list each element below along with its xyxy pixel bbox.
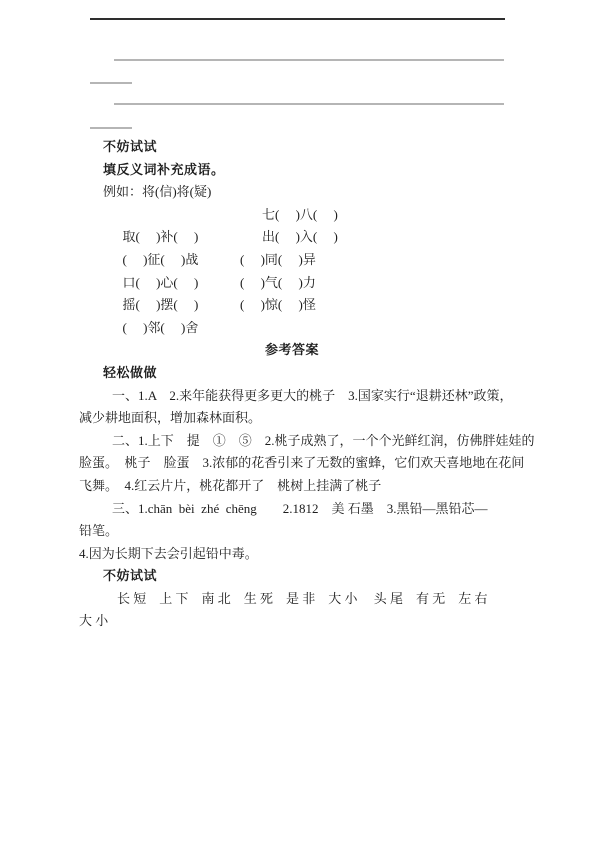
answer-text-line: 三、1.chān bèi zhé chēng 2.1812 美 石墨 3.黑铅—… <box>79 498 505 521</box>
answer-blank-line <box>114 103 504 105</box>
answer-text-line: 铅笔。 <box>79 520 505 543</box>
answer-text-line: 脸蛋。 桃子 脸蛋 3.浓郁的花香引来了无数的蜜蜂，它们欢天喜地地在花间 <box>79 452 505 475</box>
idiom-blank-right: ( )气( )力 <box>240 272 316 295</box>
worksheet-page: 不妨试试 填反义词补充成语。 例如：将(信)将(疑) 取( )补( ) 七( )… <box>0 0 596 842</box>
answer-blank-line <box>114 59 504 61</box>
idiom-row: ( )征( )战 出( )入( ) <box>79 226 505 249</box>
idiom-row: 口( )心( ) ( )同( )异 <box>79 249 505 272</box>
idiom-blank-right: ( )惊( )怪 <box>240 294 316 317</box>
idiom-row: ( )邻( )舍 ( )惊( )怪 <box>79 294 505 317</box>
idiom-blank-right: ( )同( )异 <box>240 249 316 272</box>
answer-text-line: 减少耕地面积，增加森林面积。 <box>79 407 505 430</box>
answers-section-heading: 轻松做做 <box>79 362 505 385</box>
idiom-blank-right: 七( )八( ) <box>262 204 338 227</box>
retry-heading: 不妨试试 <box>79 565 505 588</box>
exercise-instruction: 填反义词补充成语。 <box>79 159 505 182</box>
answer-blank-line <box>90 127 132 129</box>
answers-title: 参考答案 <box>79 339 505 362</box>
top-rule <box>90 18 505 20</box>
exercise-example: 例如：将(信)将(疑) <box>79 181 505 204</box>
document-body: 不妨试试 填反义词补充成语。 例如：将(信)将(疑) 取( )补( ) 七( )… <box>79 136 505 633</box>
idiom-row: 摇( )摆( ) ( )气( )力 <box>79 272 505 295</box>
answer-text-line: 一、1.A 2.来年能获得更多更大的桃子 3.国家实行“退耕还林”政策， <box>79 385 505 408</box>
antonym-list-line: 长 短 上 下 南 北 生 死 是 非 大 小 头 尾 有 无 左 右 <box>79 588 505 611</box>
antonym-list-line: 大 小 <box>79 610 505 633</box>
spacer-line <box>79 317 505 340</box>
answer-text-line: 二、1.上下 提 ① ⑤ 2.桃子成熟了，一个个光鲜红润，仿佛胖娃娃的 <box>79 430 505 453</box>
answer-text-line: 4.因为长期下去会引起铅中毒。 <box>79 543 505 566</box>
answer-text-line: 飞舞。 4.红云片片，桃花都开了 桃树上挂满了桃子 <box>79 475 505 498</box>
idiom-blank-right: 出( )入( ) <box>262 226 338 249</box>
idiom-row: 取( )补( ) 七( )八( ) <box>79 204 505 227</box>
answer-blank-line <box>90 82 132 84</box>
exercise-heading: 不妨试试 <box>79 136 505 159</box>
